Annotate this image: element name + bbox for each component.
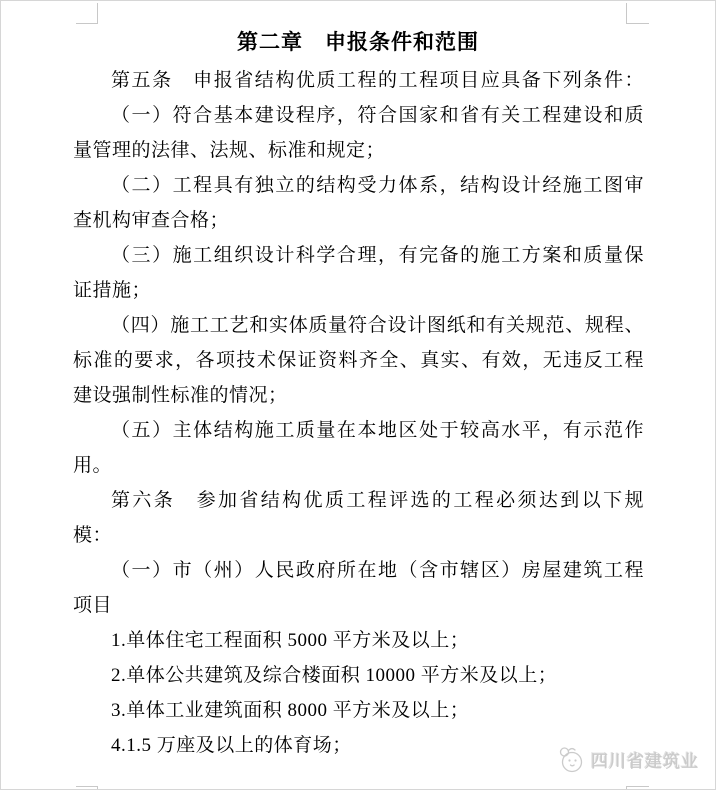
watermark: 四川省建筑业 bbox=[557, 744, 699, 774]
crop-mark-bottom-left bbox=[76, 786, 98, 790]
text-line-article-6-2: 模： bbox=[73, 518, 644, 553]
text-line-clause-5-1: （五）主体结构施工质量在本地区处于较高水平，有示范作 bbox=[73, 413, 644, 448]
chapter-title: 第二章 申报条件和范围 bbox=[1, 1, 715, 58]
text-line-scope-1-2: 项目 bbox=[73, 588, 644, 623]
document-page: 第二章 申报条件和范围 第五条 申报省结构优质工程的工程项目应具备下列条件：（一… bbox=[0, 0, 716, 790]
text-line-scale-item-3-1: 3.单体工业建筑面积 8000 平方米及以上； bbox=[73, 693, 644, 728]
text-line-clause-4-2: 标准的要求，各项技术保证资料齐全、真实、有效，无违反工程 bbox=[73, 343, 644, 378]
text-line-clause-4-3: 建设强制性标准的情况； bbox=[73, 378, 644, 413]
watermark-label: 四川省建筑业 bbox=[591, 747, 699, 772]
text-line-clause-3-1: （三）施工组织设计科学合理，有完备的施工方案和质量保 bbox=[73, 238, 644, 273]
panda-logo-icon bbox=[557, 744, 585, 774]
text-line-clause-3-2: 证措施； bbox=[73, 273, 644, 308]
text-line-clause-4-1: （四）施工工艺和实体质量符合设计图纸和有关规范、规程、 bbox=[73, 308, 644, 343]
text-line-article-5-1: 第五条 申报省结构优质工程的工程项目应具备下列条件： bbox=[73, 63, 644, 98]
text-line-article-6-1: 第六条 参加省结构优质工程评选的工程必须达到以下规 bbox=[73, 483, 644, 518]
text-line-scale-item-2-1: 2.单体公共建筑及综合楼面积 10000 平方米及以上； bbox=[73, 658, 644, 693]
text-line-clause-2-1: （二）工程具有独立的结构受力体系，结构设计经施工图审 bbox=[73, 168, 644, 203]
text-line-scale-item-1-1: 1.单体住宅工程面积 5000 平方米及以上； bbox=[73, 623, 644, 658]
crop-mark-bottom-right bbox=[626, 786, 649, 790]
text-line-clause-1-2: 量管理的法律、法规、标准和规定； bbox=[73, 133, 644, 168]
document-body: 第五条 申报省结构优质工程的工程项目应具备下列条件：（一）符合基本建设程序，符合… bbox=[1, 63, 715, 763]
text-line-clause-5-2: 用。 bbox=[73, 448, 644, 483]
text-line-clause-1-1: （一）符合基本建设程序，符合国家和省有关工程建设和质 bbox=[73, 98, 644, 133]
text-line-scope-1-1: （一）市（州）人民政府所在地（含市辖区）房屋建筑工程 bbox=[73, 553, 644, 588]
text-line-clause-2-2: 查机构审查合格； bbox=[73, 203, 644, 238]
